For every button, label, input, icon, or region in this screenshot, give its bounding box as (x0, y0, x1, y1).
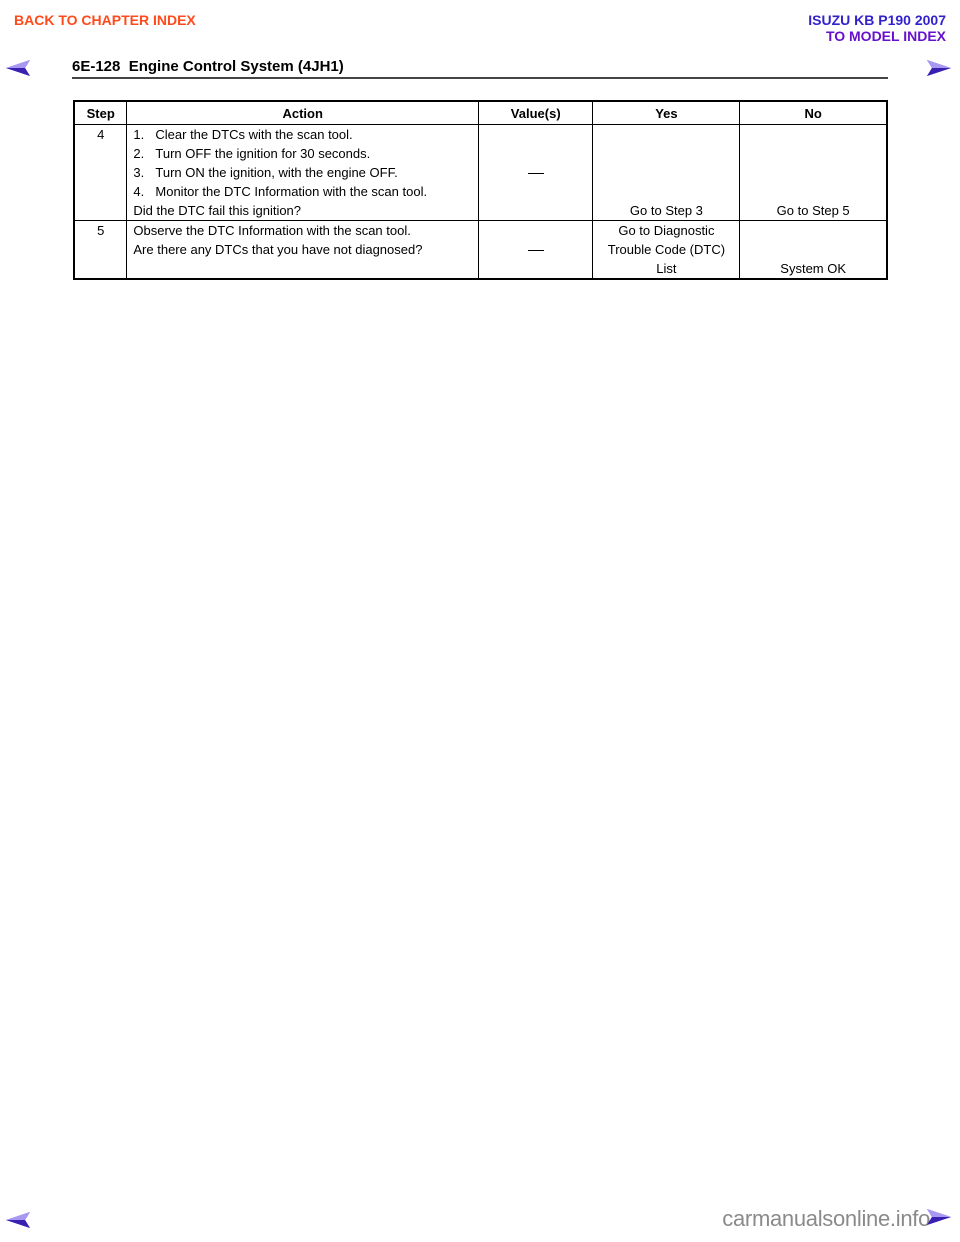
page-title: 6E-128 Engine Control System (4JH1) (72, 58, 344, 75)
table-header-row: Step Action Value(s) Yes No (74, 101, 887, 125)
back-to-chapter-index-link[interactable]: BACK TO CHAPTER INDEX (14, 12, 196, 28)
action-step: 1.Clear the DTCs with the scan tool. (133, 125, 472, 144)
no-value-dash (528, 250, 544, 251)
arrow-right-icon[interactable] (926, 1208, 952, 1226)
step-number: 4 (74, 125, 127, 221)
table-row: 4 1.Clear the DTCs with the scan tool. 2… (74, 125, 887, 221)
action-step: 2.Turn OFF the ignition for 30 seconds. (133, 144, 472, 163)
value-cell (478, 221, 593, 280)
page-header: 6E-128 Engine Control System (4JH1) (72, 58, 888, 79)
yes-cell: Go to Diagnostic Trouble Code (DTC) List (593, 221, 740, 280)
value-cell (478, 125, 593, 221)
no-cell: Go to Step 5 (740, 125, 887, 221)
column-header-values: Value(s) (478, 101, 593, 125)
no-cell: System OK (740, 221, 887, 280)
diagnostic-table: Step Action Value(s) Yes No 4 1.Clear th… (73, 100, 888, 280)
action-cell: 1.Clear the DTCs with the scan tool. 2.T… (127, 125, 479, 221)
action-step: 4.Monitor the DTC Information with the s… (133, 182, 472, 201)
watermark: carmanualsonline.info (722, 1206, 930, 1232)
action-line: Observe the DTC Information with the sca… (133, 221, 472, 240)
yes-cell: Go to Step 3 (593, 125, 740, 221)
column-header-action: Action (127, 101, 479, 125)
table-row: 5 Observe the DTC Information with the s… (74, 221, 887, 280)
arrow-right-icon[interactable] (926, 59, 952, 77)
action-question: Are there any DTCs that you have not dia… (133, 240, 472, 259)
arrow-left-icon[interactable] (5, 59, 31, 77)
column-header-no: No (740, 101, 887, 125)
column-header-step: Step (74, 101, 127, 125)
step-number: 5 (74, 221, 127, 280)
model-nav: ISUZU KB P190 2007 TO MODEL INDEX (808, 12, 946, 44)
arrow-left-icon[interactable] (5, 1211, 31, 1229)
no-value-dash (528, 173, 544, 174)
action-step: 3.Turn ON the ignition, with the engine … (133, 163, 472, 182)
to-model-index-link[interactable]: TO MODEL INDEX (808, 28, 946, 44)
column-header-yes: Yes (593, 101, 740, 125)
action-cell: Observe the DTC Information with the sca… (127, 221, 479, 280)
model-title[interactable]: ISUZU KB P190 2007 (808, 12, 946, 28)
action-question: Did the DTC fail this ignition? (133, 201, 472, 220)
